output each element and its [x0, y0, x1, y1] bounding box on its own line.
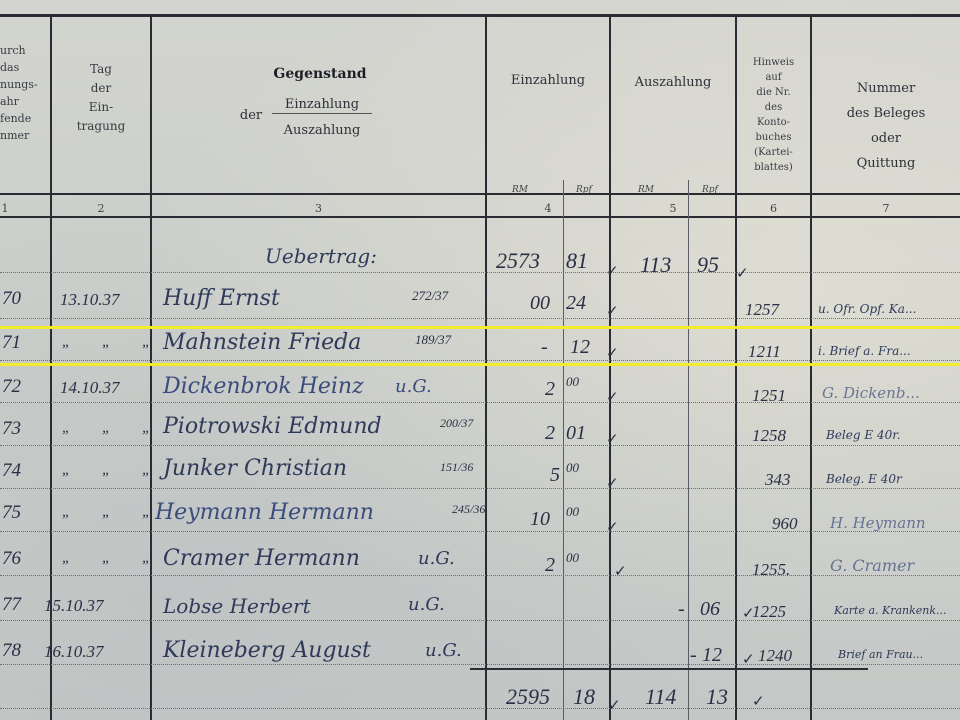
row-rule	[0, 620, 960, 621]
total-underline	[470, 668, 868, 670]
header-col2-line: tragung	[52, 117, 150, 136]
rpf-divider-out	[688, 180, 689, 720]
header-col6-line: die Nr.	[737, 85, 810, 100]
carry-over-in-rm: 2573	[496, 248, 540, 274]
check-mark-icon: ✓	[608, 696, 621, 714]
row-beleg: H. Heymann	[830, 514, 926, 532]
row-number: 74	[2, 460, 21, 482]
header-col1-line: das	[0, 59, 50, 76]
row-name: Lobse Herbert	[163, 594, 311, 618]
header-gegenstand: Gegenstand	[260, 66, 380, 83]
row-date: „ „ „	[62, 420, 165, 437]
row-in-rpf: 00	[566, 374, 579, 390]
row-in-rm: -	[541, 336, 548, 359]
header-col7-line: Nummer	[812, 76, 960, 101]
header-col5-auszahlung: Auszahlung	[611, 74, 735, 91]
rpf-divider-in	[563, 180, 564, 720]
header-col6-line: buches	[737, 130, 810, 145]
row-beleg: i. Brief a. Fra...	[818, 344, 911, 358]
header-col5-rpf: Rpf	[702, 185, 718, 195]
row-name: Junker Christian	[163, 456, 347, 481]
column-number: 5	[611, 202, 735, 215]
row-konto: 1257	[745, 300, 779, 320]
row-ref: u.G.	[425, 640, 462, 661]
row-beleg: Karte a. Krankenk...	[834, 604, 947, 617]
row-in-rm: 2	[545, 422, 555, 445]
row-beleg: G. Dickenb...	[822, 384, 920, 402]
header-col2: Tag der Ein- tragung	[52, 60, 150, 136]
col-divider-3	[485, 14, 487, 720]
row-date: 13.10.37	[60, 290, 120, 310]
header-col7-line: Quittung	[812, 151, 960, 176]
carry-over-in-rpf: 81	[566, 248, 588, 274]
row-in-rm: 10	[530, 508, 550, 531]
row-date: „ „ „	[62, 504, 165, 521]
row-konto: 1211	[748, 342, 781, 362]
header-einzahlung: Einzahlung	[272, 96, 372, 114]
row-konto: 960	[772, 514, 798, 534]
row-out-rpf: 06	[700, 598, 720, 621]
row-ref: 151/36	[440, 460, 473, 475]
column-number-divider	[0, 216, 960, 218]
header-col1-line: fende	[0, 110, 50, 127]
row-ref: u.G.	[408, 594, 445, 615]
row-in-rpf: 24	[566, 292, 586, 315]
row-name: Piotrowski Edmund	[163, 414, 382, 439]
row-date: 15.10.37	[44, 596, 104, 616]
check-mark-icon: ✓	[606, 302, 619, 320]
row-beleg: Beleg. E 40r	[826, 472, 902, 486]
row-beleg: u. Ofr. Opf. Ka...	[818, 302, 916, 316]
header-col1: urch das nungs- ahr fende nmer	[0, 42, 50, 144]
check-mark-icon: ✓	[606, 430, 619, 448]
column-number: 3	[152, 202, 485, 215]
column-number: 7	[812, 202, 960, 215]
row-rule	[0, 575, 960, 576]
carry-over-out-rm: 113	[640, 252, 671, 278]
row-date: „ „ „	[62, 550, 165, 567]
row-rule	[0, 318, 960, 319]
header-der: der	[236, 107, 266, 124]
header-col4-einzahlung: Einzahlung	[487, 72, 609, 89]
row-date: „ „ „	[62, 334, 165, 351]
highlight-line-top	[0, 326, 960, 329]
col-divider-4	[609, 14, 611, 720]
row-in-rm: 2	[545, 554, 555, 577]
check-mark-icon: ✓	[606, 518, 619, 536]
row-ref: 189/37	[415, 332, 451, 348]
column-number: 6	[737, 202, 810, 215]
row-rule	[0, 488, 960, 489]
row-konto: 1240	[758, 646, 792, 666]
header-col6-line: Hinweis	[737, 55, 810, 70]
header-col2-line: Tag	[52, 60, 150, 79]
row-konto: 343	[765, 470, 791, 490]
row-number: 70	[2, 288, 21, 310]
header-auszahlung: Auszahlung	[272, 122, 372, 139]
header-col2-line: der	[52, 79, 150, 98]
check-mark-icon: ✓	[606, 262, 619, 280]
row-in-rpf: 00	[566, 460, 579, 476]
row-name: Heymann Hermann	[155, 500, 374, 525]
header-col4-rpf: Rpf	[576, 185, 592, 195]
check-mark-icon: ✓	[742, 650, 755, 668]
carry-over-label: Uebertrag:	[265, 244, 377, 268]
row-rule	[0, 708, 960, 709]
row-name: Dickenbrok Heinz	[163, 374, 364, 399]
highlight-line-bottom	[0, 363, 960, 366]
row-beleg: Brief an Frau...	[838, 648, 923, 661]
total-in-rpf: 18	[573, 684, 595, 710]
row-ref: u.G.	[418, 548, 455, 569]
row-konto: 1258	[752, 426, 786, 446]
row-konto: 1225	[752, 602, 786, 622]
header-col4-rm: RM	[512, 185, 528, 195]
row-rule	[0, 272, 960, 273]
total-out-rm: 114	[645, 684, 676, 710]
check-mark-icon: ✓	[736, 264, 749, 282]
row-number: 77	[2, 594, 21, 616]
row-beleg: Beleg E 40r.	[826, 428, 900, 442]
row-ref: 200/37	[440, 416, 473, 431]
row-rule	[0, 531, 960, 532]
header-col7-line: des Beleges	[812, 101, 960, 126]
header-col6-line: des	[737, 100, 810, 115]
total-in-rm: 2595	[506, 684, 550, 710]
row-number: 75	[2, 502, 21, 524]
row-ref: 245/36	[452, 502, 485, 517]
header-col1-line: nmer	[0, 127, 50, 144]
row-name: Kleineberg August	[163, 638, 371, 663]
header-col1-line: ahr	[0, 93, 50, 110]
row-in-rm: 5	[550, 464, 560, 487]
row-number: 76	[2, 548, 21, 570]
header-col6-line: (Kartei-	[737, 145, 810, 160]
row-rule	[0, 664, 960, 665]
header-col5-rm: RM	[638, 185, 654, 195]
check-mark-icon: ✓	[606, 344, 619, 362]
header-col6-line: blattes)	[737, 160, 810, 175]
row-ref: 272/37	[412, 288, 448, 304]
carry-over-out-rpf: 95	[697, 252, 719, 278]
header-col6-line: auf	[737, 70, 810, 85]
header-col1-line: urch	[0, 42, 50, 59]
row-number: 71	[2, 332, 21, 354]
header-col6: Hinweis auf die Nr. des Konto- buches (K…	[737, 55, 810, 175]
row-out-rm: -	[690, 644, 697, 667]
check-mark-icon: ✓	[614, 562, 627, 580]
row-rule	[0, 445, 960, 446]
column-number: 4	[487, 202, 609, 215]
check-mark-icon: ✓	[606, 474, 619, 492]
row-out-rm: -	[678, 598, 685, 621]
row-in-rpf: 00	[566, 550, 579, 566]
check-mark-icon: ✓	[606, 388, 619, 406]
column-number: 2	[52, 202, 150, 215]
header-col2-line: Ein-	[52, 98, 150, 117]
header-col1-line: nungs-	[0, 76, 50, 93]
row-number: 73	[2, 418, 21, 440]
row-in-rpf: 01	[566, 422, 586, 445]
column-number: 1	[0, 202, 10, 215]
total-out-rpf: 13	[706, 684, 728, 710]
check-mark-icon: ✓	[752, 692, 765, 710]
row-in-rpf: 12	[570, 336, 590, 359]
row-in-rm: 2	[545, 378, 555, 401]
row-number: 72	[2, 376, 21, 398]
row-in-rm: 00	[530, 292, 550, 315]
row-date: 16.10.37	[44, 642, 104, 662]
header-col7: Nummer des Beleges oder Quittung	[812, 76, 960, 176]
row-name: Huff Ernst	[163, 286, 280, 311]
row-name: Mahnstein Frieda	[163, 330, 361, 355]
col-divider-2	[150, 14, 152, 720]
row-in-rpf: 00	[566, 504, 579, 520]
row-date: „ „ „	[62, 462, 165, 479]
header-col6-line: Konto-	[737, 115, 810, 130]
row-rule	[0, 402, 960, 403]
row-beleg: G. Cramer	[830, 556, 914, 575]
header-divider	[0, 193, 960, 195]
row-number: 78	[2, 640, 21, 662]
row-ref: u.G.	[395, 376, 432, 397]
row-name: Cramer Hermann	[163, 546, 360, 571]
row-rule	[0, 360, 960, 361]
top-border	[0, 14, 960, 17]
header-col7-line: oder	[812, 126, 960, 151]
row-konto: 1251	[752, 386, 786, 406]
row-date: 14.10.37	[60, 378, 120, 398]
row-out-rpf: 12	[702, 644, 722, 667]
row-konto: 1255.	[752, 560, 790, 580]
